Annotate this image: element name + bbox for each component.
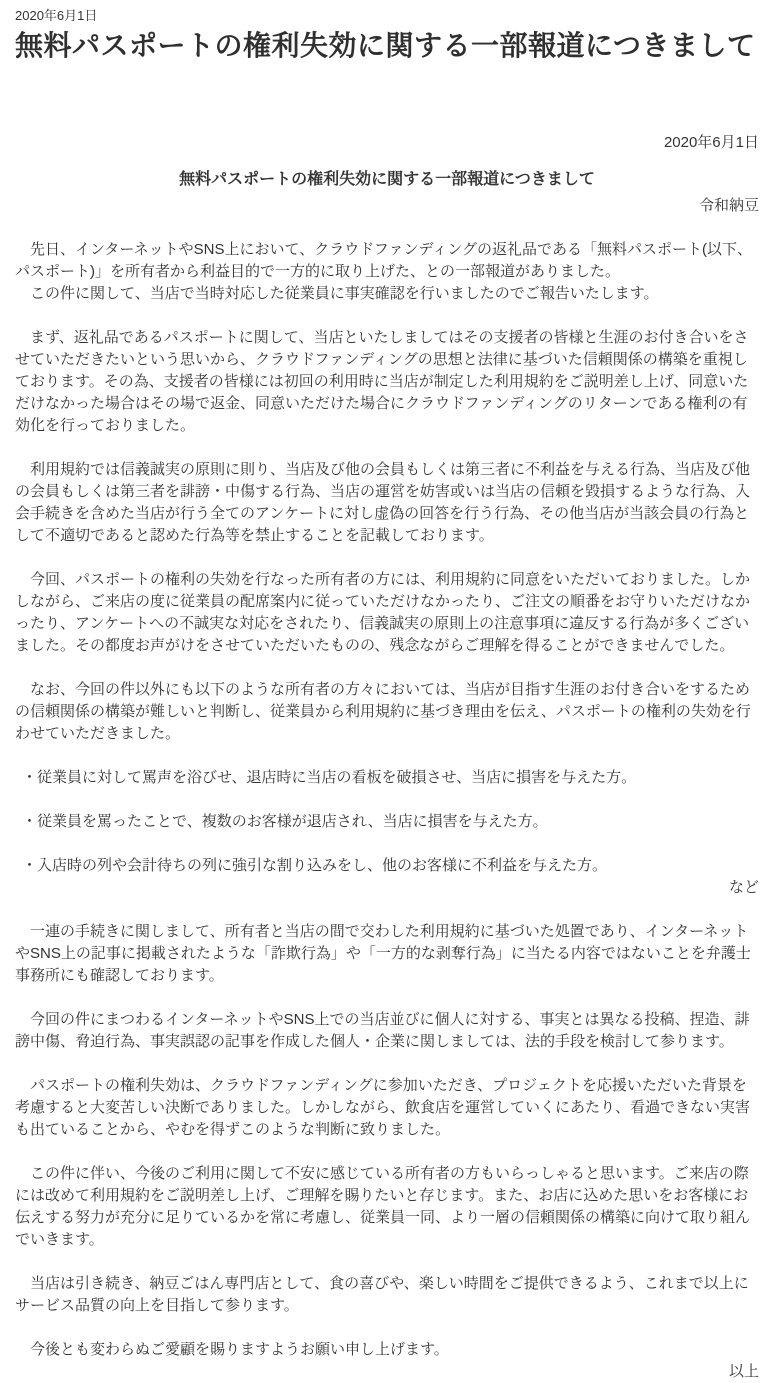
paragraph: パスポートの権利失効は、クラウドファンディングに参加いただき、プロジェクトを応援…	[15, 1075, 759, 1141]
paragraph-block: 一連の手続きに関しまして、所有者と当店の間で交わした利用規約に基づいた処置であり…	[15, 921, 759, 987]
paragraph: なお、今回の件以外にも以下のような所有者の方々においては、当店が目指す生涯のお付…	[15, 679, 759, 745]
paragraph-block: まず、返礼品であるパスポートに関して、当店といたしましてはその支援者の皆様と生涯…	[15, 327, 759, 437]
paragraph: 当店は引き続き、納豆ごはん専門店として、食の喜びや、楽しい時間をご提供できるよう…	[15, 1273, 759, 1317]
paragraph: 一連の手続きに関しまして、所有者と当店の間で交わした利用規約に基づいた処置であり…	[15, 921, 759, 987]
right-aligned-text: など	[15, 877, 759, 899]
page-title: 無料パスポートの権利失効に関する一部報道につきまして	[15, 29, 759, 63]
document-signature: 令和納豆	[15, 195, 759, 217]
bullet-item: ・入店時の列や会計待ちの列に強引な割り込みをし、他のお客様に不利益を与えた方。	[15, 855, 759, 877]
paragraph: 今回の件にまつわるインターネットやSNS上での当店並びに個人に対する、事実とは異…	[15, 1009, 759, 1053]
paragraph: この件に伴い、今後のご利用に関して不安に感じている所有者の方もいらっしゃると思い…	[15, 1163, 759, 1251]
paragraph-block: 今後とも変わらぬご愛顧を賜りますようお願い申し上げます。	[15, 1339, 759, 1361]
document: 2020年6月1日 無料パスポートの権利失効に関する一部報道につきまして 令和納…	[15, 132, 759, 1383]
paragraph: 今後とも変わらぬご愛顧を賜りますようお願い申し上げます。	[15, 1339, 759, 1361]
bullet-item: ・従業員に対して罵声を浴びせ、退店時に当店の看板を破損させ、当店に損害を与えた方…	[15, 767, 759, 789]
bullet-item: ・従業員を罵ったことで、複数のお客様が退店され、当店に損害を与えた方。	[15, 811, 759, 833]
paragraph: 先日、インターネットやSNS上において、クラウドファンディングの返礼品である「無…	[15, 239, 759, 283]
paragraph-block: パスポートの権利失効は、クラウドファンディングに参加いただき、プロジェクトを応援…	[15, 1075, 759, 1141]
paragraph-block: なお、今回の件以外にも以下のような所有者の方々においては、当店が目指す生涯のお付…	[15, 679, 759, 745]
paragraph-block: 利用規約では信義誠実の原則に則り、当店及び他の会員もしくは第三者に不利益を与える…	[15, 459, 759, 547]
paragraph-block: 当店は引き続き、納豆ごはん専門店として、食の喜びや、楽しい時間をご提供できるよう…	[15, 1273, 759, 1317]
paragraph-block: 先日、インターネットやSNS上において、クラウドファンディングの返礼品である「無…	[15, 239, 759, 305]
posted-date: 2020年6月1日	[15, 8, 759, 24]
paragraph: まず、返礼品であるパスポートに関して、当店といたしましてはその支援者の皆様と生涯…	[15, 327, 759, 437]
paragraph: 利用規約では信義誠実の原則に則り、当店及び他の会員もしくは第三者に不利益を与える…	[15, 459, 759, 547]
paragraph-block: 今回、パスポートの権利の失効を行なった所有者の方には、利用規約に同意をいただいて…	[15, 569, 759, 657]
paragraph: 今回、パスポートの権利の失効を行なった所有者の方には、利用規約に同意をいただいて…	[15, 569, 759, 657]
paragraph: この件に関して、当店で当時対応した従業員に事実確認を行いましたのでご報告いたしま…	[15, 283, 759, 305]
announcement-page: 2020年6月1日 無料パスポートの権利失効に関する一部報道につきまして 202…	[0, 0, 775, 1383]
paragraph-block: 今回の件にまつわるインターネットやSNS上での当店並びに個人に対する、事実とは異…	[15, 1009, 759, 1053]
document-title: 無料パスポートの権利失効に関する一部報道につきまして	[15, 169, 759, 191]
paragraph-block: この件に伴い、今後のご利用に関して不安に感じている所有者の方もいらっしゃると思い…	[15, 1163, 759, 1251]
document-date: 2020年6月1日	[15, 132, 759, 154]
right-aligned-text: 以上	[15, 1361, 759, 1383]
document-body: 先日、インターネットやSNS上において、クラウドファンディングの返礼品である「無…	[15, 239, 759, 1383]
